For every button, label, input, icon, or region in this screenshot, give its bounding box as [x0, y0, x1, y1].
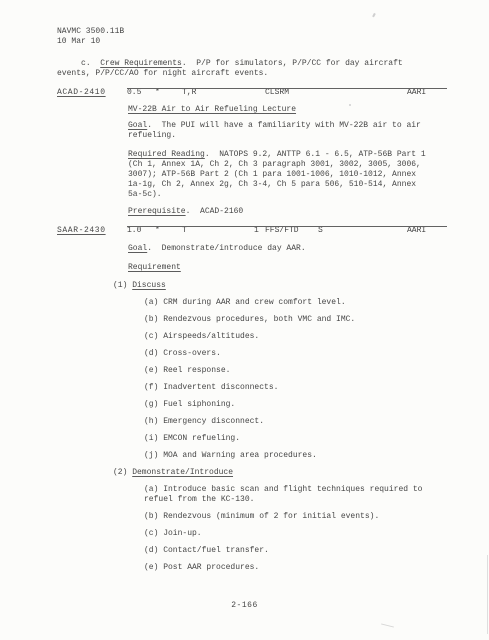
course-device: CLSRM	[265, 88, 289, 98]
course-hours: 1.0	[127, 226, 141, 236]
discuss-label: Discuss	[132, 281, 166, 290]
course-star: *	[155, 88, 160, 98]
course-star: *	[155, 226, 160, 236]
required-reading-label: Required Reading	[128, 150, 205, 159]
doc-number: NAVMC 3500.11B	[57, 27, 455, 37]
demonstrate-label: Demonstrate/Introduce	[132, 468, 233, 477]
required-reading-paragraph: Required Reading. NATOPS 9.2, ANTTP 6.1 …	[128, 150, 455, 200]
document-page: NAVMC 3500.11B 10 Mar 10 c. Crew Require…	[0, 0, 489, 640]
crew-requirements-paragraph: c. Crew Requirements. P/P for simulators…	[57, 59, 455, 79]
list-item: (e) Post AAR procedures.	[144, 563, 455, 573]
course-hours: 0.5	[127, 88, 141, 98]
goal-text: . The PUI will have a familiarity with M…	[128, 121, 421, 140]
course-type: AARI	[407, 88, 426, 98]
list-item: (d) Cross-overs.	[144, 349, 455, 359]
list-number: (2)	[113, 468, 132, 477]
prerequisite-text: . ACAD-2160	[186, 207, 244, 216]
scan-edge-shadow	[487, 555, 488, 634]
course-id: ACAD-2410	[57, 88, 106, 98]
course-title: MV-22B Air to Air Refueling Lecture	[128, 105, 455, 115]
course-stage: S	[318, 226, 323, 236]
list-item: (a) Introduce basic scan and flight tech…	[144, 485, 455, 505]
prerequisite-paragraph: Prerequisite. ACAD-2160	[128, 207, 455, 217]
list-item: (e) Reel response.	[144, 366, 455, 376]
list-item: (b) Rendezvous (minimum of 2 for initial…	[144, 512, 455, 522]
course-body-saar-2430: Goal. Demonstrate/introduce day AAR. Req…	[57, 244, 455, 573]
course-row-acad-2410: ACAD-2410 0.5 * T,R CLSRM AARI	[57, 88, 455, 98]
list-item: (a) CRM during AAR and crew comfort leve…	[144, 298, 455, 308]
course-body-acad-2410: MV-22B Air to Air Refueling Lecture Goal…	[57, 105, 455, 217]
list-item: (g) Fuel siphoning.	[144, 400, 455, 410]
goal-label: Goal	[128, 244, 147, 253]
prerequisite-label: Prerequisite	[128, 207, 186, 216]
list-item: (i) EMCON refueling.	[144, 434, 455, 444]
goal-text: . Demonstrate/introduce day AAR.	[147, 244, 305, 253]
course-row-saar-2430: SAAR-2430 1.0 * T 1 FFS/FTD S AARI	[57, 226, 455, 236]
goal-paragraph: Goal. Demonstrate/introduce day AAR.	[128, 244, 455, 254]
row-underline	[127, 88, 447, 89]
row-underline	[127, 226, 447, 227]
course-count: 1	[254, 226, 259, 236]
course-title-text: MV-22B Air to Air Refueling Lecture	[128, 105, 296, 114]
scan-artifact	[381, 623, 394, 627]
requirement-label: Requirement	[128, 263, 181, 272]
paragraph-label: c.	[57, 59, 100, 68]
document-header: NAVMC 3500.11B 10 Mar 10	[57, 27, 455, 47]
list-item: (h) Emergency disconnect.	[144, 417, 455, 427]
requirement-heading: Requirement	[128, 263, 455, 273]
list-item: (j) MOA and Warning area procedures.	[144, 451, 455, 461]
course-device: FFS/FTD	[265, 226, 299, 236]
course-type: AARI	[407, 226, 426, 236]
course-id: SAAR-2430	[57, 226, 106, 236]
page-number: 2-166	[0, 601, 489, 611]
goal-paragraph: Goal. The PUI will have a familiarity wi…	[128, 121, 455, 141]
crew-requirements-heading: Crew Requirements	[100, 59, 182, 68]
list-number: (1)	[113, 281, 132, 290]
list-item: (c) Join-up.	[144, 529, 455, 539]
course-codes: T,R	[182, 88, 196, 98]
doc-date: 10 Mar 10	[57, 37, 455, 47]
list-item: (d) Contact/fuel transfer.	[144, 546, 455, 556]
list-item: (f) Inadvertent disconnects.	[144, 383, 455, 393]
list-item: (c) Airspeeds/altitudes.	[144, 332, 455, 342]
scan-artifact	[372, 13, 375, 17]
scan-artifact	[349, 104, 351, 106]
list-item-demonstrate: (2) Demonstrate/Introduce	[113, 468, 455, 478]
document-content: NAVMC 3500.11B 10 Mar 10 c. Crew Require…	[57, 27, 455, 573]
course-codes: T	[182, 226, 187, 236]
list-item: (b) Rendezvous procedures, both VMC and …	[144, 315, 455, 325]
goal-label: Goal	[128, 121, 147, 130]
list-item-discuss: (1) Discuss	[113, 281, 455, 291]
